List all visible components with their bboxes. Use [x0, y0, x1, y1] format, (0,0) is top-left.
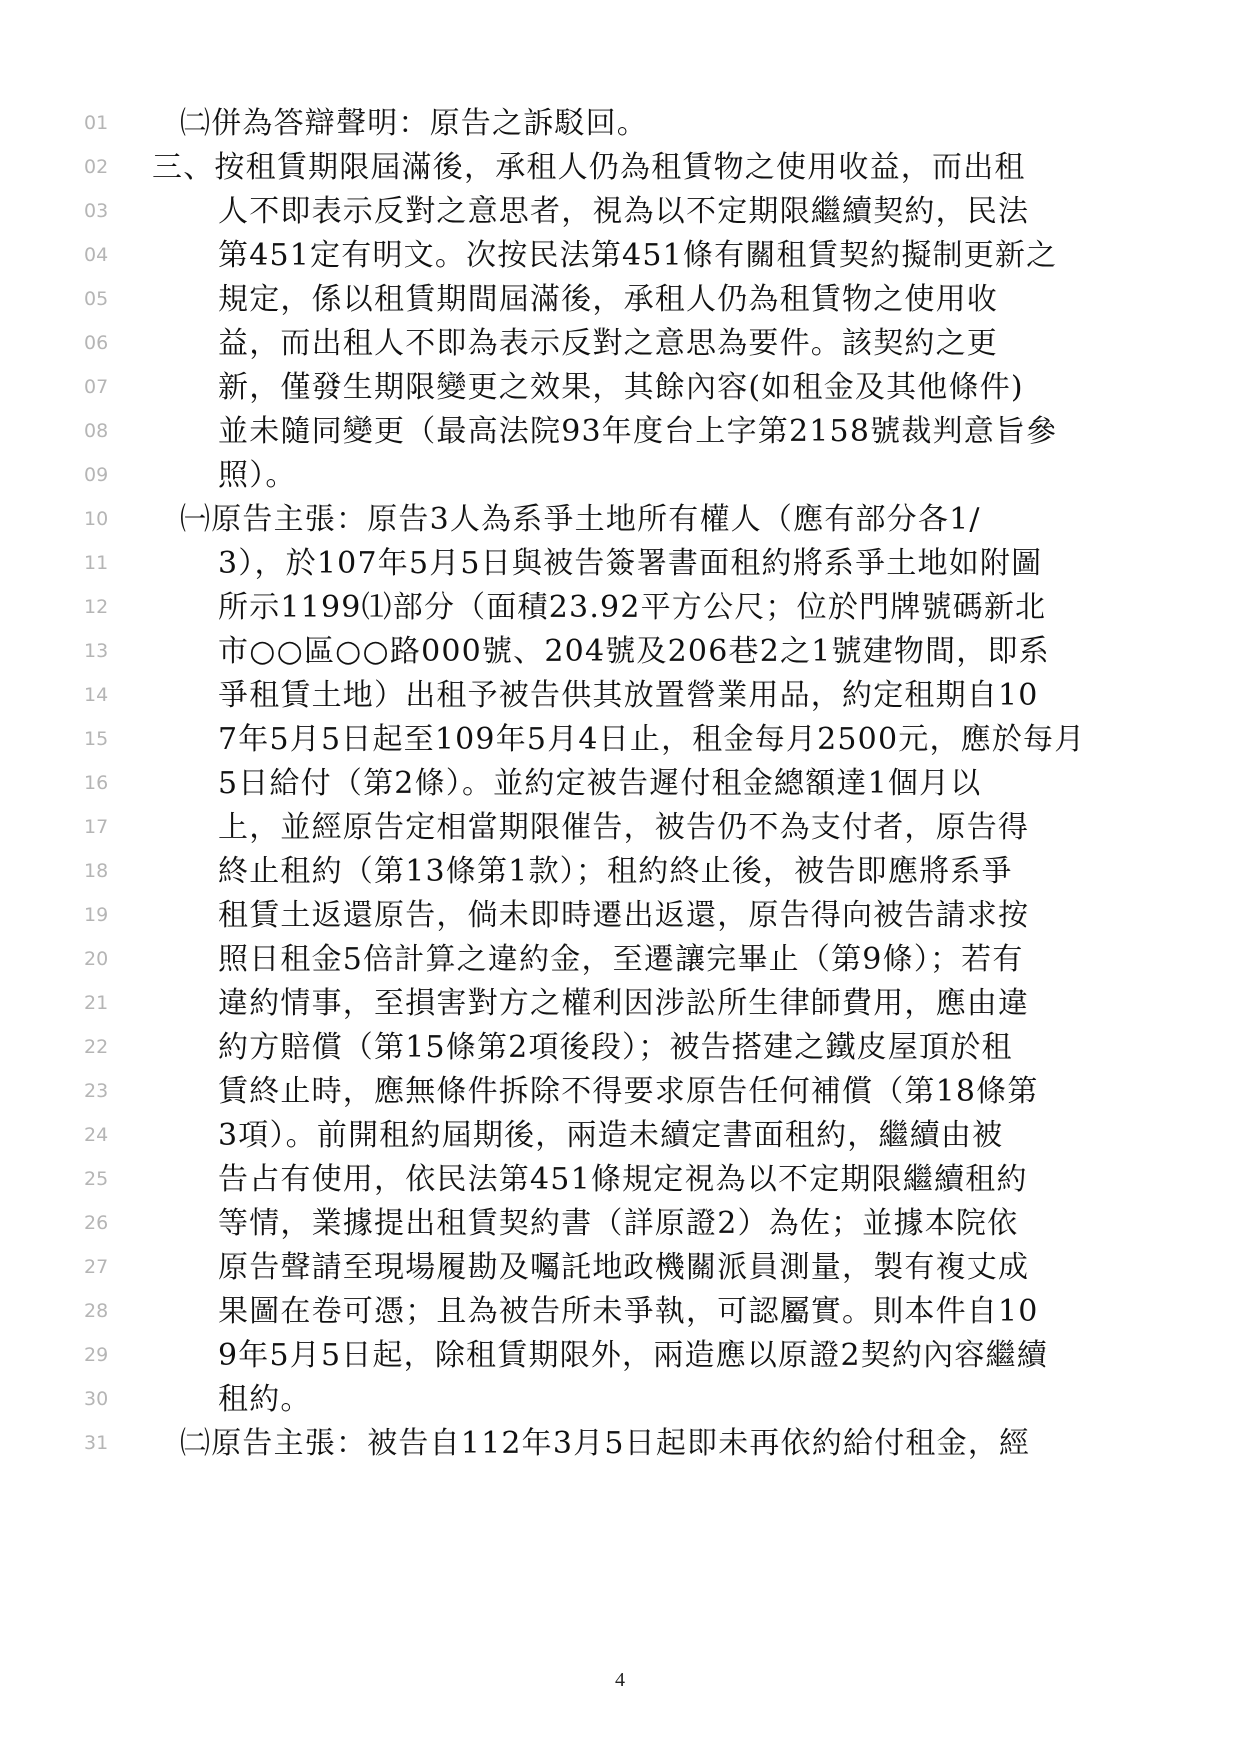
line-number: 07 [84, 376, 124, 398]
line-number: 22 [84, 1036, 124, 1058]
document-line: 27 原告聲請至現場履勘及囑託地政機關派員測量，製有複丈成 [0, 1248, 1240, 1297]
document-line: 02 三、按租賃期限屆滿後，承租人仍為租賃物之使用收益，而出租 [0, 148, 1240, 197]
document-line: 15 7年5月5日起至109年5月4日止，租金每月2500元，應於每月 [0, 720, 1240, 769]
document-line: 26 等情，業據提出租賃契約書（詳原證2）為佐；並據本院依 [0, 1204, 1240, 1253]
line-number: 30 [84, 1388, 124, 1410]
document-line: 18 終止租約（第13條第1款）；租約終止後，被告即應將系爭 [0, 852, 1240, 901]
line-number: 14 [84, 684, 124, 706]
document-line: 03 人不即表示反對之意思者，視為以不定期限繼續契約，民法 [0, 192, 1240, 241]
document-line: 23 賃終止時，應無條件拆除不得要求原告任何補償（第18條第 [0, 1072, 1240, 1121]
line-text: 租賃土返還原告，倘未即時遷出返還，原告得向被告請求按 [218, 896, 1029, 936]
line-number: 11 [84, 552, 124, 574]
document-line: 13 市○○區○○路000號、204號及206巷2之1號建物間，即系 [0, 632, 1240, 681]
document-line: 06 益，而出租人不即為表示反對之意思為要件。該契約之更 [0, 324, 1240, 373]
line-number: 24 [84, 1124, 124, 1146]
line-text: ㈡原告主張：被告自112年3月5日起即未再依約給付租金，經 [180, 1424, 1030, 1464]
document-line: 04 第451定有明文。次按民法第451條有關租賃契約擬制更新之 [0, 236, 1240, 285]
document-line: 01 ㈡併為答辯聲明：原告之訴駁回。 [0, 104, 1240, 153]
document-line: 22 約方賠償（第15條第2項後段）；被告搭建之鐵皮屋頂於租 [0, 1028, 1240, 1077]
document-line: 20 照日租金5倍計算之違約金，至遷讓完畢止（第9條）；若有 [0, 940, 1240, 989]
line-text: 違約情事，至損害對方之權利因涉訟所生律師費用，應由違 [218, 984, 1029, 1024]
document-page: 01 ㈡併為答辯聲明：原告之訴駁回。 02 三、按租賃期限屆滿後，承租人仍為租賃… [0, 0, 1240, 1755]
line-text: 3項）。前開租約屆期後，兩造未續定書面租約，繼續由被 [218, 1116, 1003, 1156]
document-line: 08 並未隨同變更（最高法院93年度台上字第2158號裁判意旨參 [0, 412, 1240, 461]
line-number: 26 [84, 1212, 124, 1234]
document-line: 09 照）。 [0, 456, 1240, 505]
line-text: 7年5月5日起至109年5月4日止，租金每月2500元，應於每月 [218, 720, 1085, 760]
line-number: 03 [84, 200, 124, 222]
line-text: 5日給付（第2條）。並約定被告遲付租金總額達1個月以 [218, 764, 981, 804]
line-text: ㈡併為答辯聲明：原告之訴駁回。 [180, 104, 648, 144]
line-number: 20 [84, 948, 124, 970]
line-number: 25 [84, 1168, 124, 1190]
line-text: 告占有使用，依民法第451條規定視為以不定期限繼續租約 [218, 1160, 1028, 1200]
section-heading-text: 三、按租賃期限屆滿後，承租人仍為租賃物之使用收益，而出租 [152, 148, 1026, 188]
line-text: 第451定有明文。次按民法第451條有關租賃契約擬制更新之 [218, 236, 1057, 276]
document-line: 07 新，僅發生期限變更之效果，其餘內容(如租金及其他條件) [0, 368, 1240, 417]
line-text: 所示1199⑴部分（面積23.92平方公尺；位於門牌號碼新北 [218, 588, 1046, 628]
line-text: 約方賠償（第15條第2項後段）；被告搭建之鐵皮屋頂於租 [218, 1028, 1013, 1068]
document-line: 11 3），於107年5月5日與被告簽署書面租約將系爭土地如附圖 [0, 544, 1240, 593]
line-number: 27 [84, 1256, 124, 1278]
document-line: 19 租賃土返還原告，倘未即時遷出返還，原告得向被告請求按 [0, 896, 1240, 945]
document-line: 30 租約。 [0, 1380, 1240, 1429]
line-number: 12 [84, 596, 124, 618]
line-number: 19 [84, 904, 124, 926]
line-text: 租約。 [218, 1380, 312, 1420]
line-number: 08 [84, 420, 124, 442]
line-text: 原告聲請至現場履勘及囑託地政機關派員測量，製有複丈成 [218, 1248, 1029, 1288]
line-number: 31 [84, 1432, 124, 1454]
line-text: 9年5月5日起，除租賃期限外，兩造應以原證2契約內容繼續 [218, 1336, 1048, 1376]
line-text: 人不即表示反對之意思者，視為以不定期限繼續契約，民法 [218, 192, 1029, 232]
line-text: 市○○區○○路000號、204號及206巷2之1號建物間，即系 [218, 632, 1050, 672]
line-text: 新，僅發生期限變更之效果，其餘內容(如租金及其他條件) [218, 368, 1024, 408]
document-line: 14 爭租賃土地）出租予被告供其放置營業用品，約定租期自10 [0, 676, 1240, 725]
line-text: 果圖在卷可憑；且為被告所未爭執，可認屬實。則本件自10 [218, 1292, 1039, 1332]
line-number: 02 [84, 156, 124, 178]
line-number: 10 [84, 508, 124, 530]
line-number: 29 [84, 1344, 124, 1366]
line-text: 照）。 [218, 456, 297, 496]
line-text: 終止租約（第13條第1款）；租約終止後，被告即應將系爭 [218, 852, 1013, 892]
line-text: ㈠原告主張：原告3人為系爭土地所有權人（應有部分各1/ [180, 500, 981, 540]
line-text: 規定，係以租賃期間屆滿後，承租人仍為租賃物之使用收 [218, 280, 998, 320]
line-text: 賃終止時，應無條件拆除不得要求原告任何補償（第18條第 [218, 1072, 1039, 1112]
line-number: 28 [84, 1300, 124, 1322]
line-text: 等情，業據提出租賃契約書（詳原證2）為佐；並據本院依 [218, 1204, 1018, 1244]
document-line: 28 果圖在卷可憑；且為被告所未爭執，可認屬實。則本件自10 [0, 1292, 1240, 1341]
document-line: 24 3項）。前開租約屆期後，兩造未續定書面租約，繼續由被 [0, 1116, 1240, 1165]
line-number: 01 [84, 112, 124, 134]
document-line: 10 ㈠原告主張：原告3人為系爭土地所有權人（應有部分各1/ [0, 500, 1240, 549]
page-number: 4 [0, 1669, 1240, 1692]
line-number: 05 [84, 288, 124, 310]
document-line: 31 ㈡原告主張：被告自112年3月5日起即未再依約給付租金，經 [0, 1424, 1240, 1473]
line-number: 06 [84, 332, 124, 354]
document-line: 16 5日給付（第2條）。並約定被告遲付租金總額達1個月以 [0, 764, 1240, 813]
line-number: 09 [84, 464, 124, 486]
document-line: 29 9年5月5日起，除租賃期限外，兩造應以原證2契約內容繼續 [0, 1336, 1240, 1385]
line-text: 上，並經原告定相當期限催告，被告仍不為支付者，原告得 [218, 808, 1029, 848]
line-number: 23 [84, 1080, 124, 1102]
line-text: 照日租金5倍計算之違約金，至遷讓完畢止（第9條）；若有 [218, 940, 1024, 980]
line-number: 16 [84, 772, 124, 794]
line-number: 21 [84, 992, 124, 1014]
document-line: 21 違約情事，至損害對方之權利因涉訟所生律師費用，應由違 [0, 984, 1240, 1033]
line-number: 15 [84, 728, 124, 750]
document-line: 12 所示1199⑴部分（面積23.92平方公尺；位於門牌號碼新北 [0, 588, 1240, 637]
line-text: 益，而出租人不即為表示反對之意思為要件。該契約之更 [218, 324, 998, 364]
line-text: 並未隨同變更（最高法院93年度台上字第2158號裁判意旨參 [218, 412, 1057, 452]
document-line: 05 規定，係以租賃期間屆滿後，承租人仍為租賃物之使用收 [0, 280, 1240, 329]
document-line: 17 上，並經原告定相當期限催告，被告仍不為支付者，原告得 [0, 808, 1240, 857]
line-number: 13 [84, 640, 124, 662]
line-number: 18 [84, 860, 124, 882]
line-number: 04 [84, 244, 124, 266]
document-line: 25 告占有使用，依民法第451條規定視為以不定期限繼續租約 [0, 1160, 1240, 1209]
line-number: 17 [84, 816, 124, 838]
line-text: 爭租賃土地）出租予被告供其放置營業用品，約定租期自10 [218, 676, 1039, 716]
line-text: 3），於107年5月5日與被告簽署書面租約將系爭土地如附圖 [218, 544, 1042, 584]
